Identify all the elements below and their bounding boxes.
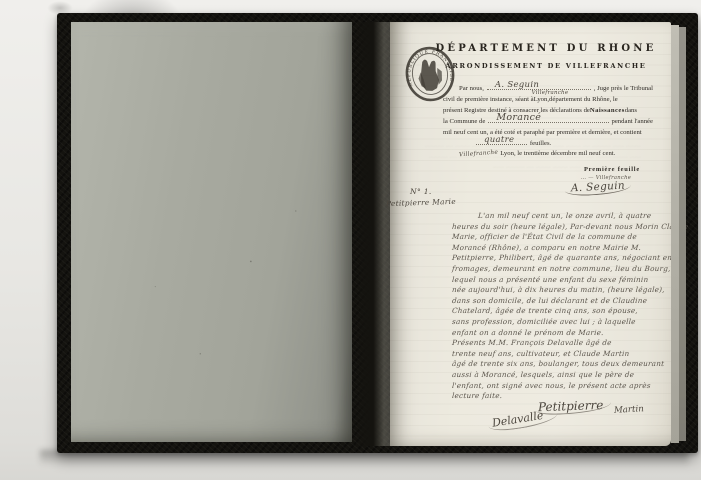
handwritten-place-correction: Villefranche bbox=[459, 148, 499, 162]
act-number-margin-note: N° 1. bbox=[410, 187, 432, 196]
preamble-line-5: mil neuf cent un, a été coté et paraphé … bbox=[443, 128, 653, 139]
act-line: trente neuf ans, cultivateur, et Claude … bbox=[452, 349, 673, 360]
print-text: mil neuf cent un, a été coté et paraphé … bbox=[443, 128, 642, 139]
preamble-line-2: civil de première instance, séant à Vill… bbox=[443, 95, 653, 106]
handwritten-villefranche-correction: Villefranche bbox=[532, 88, 569, 99]
judge-signature-text: A. Seguin bbox=[565, 179, 632, 196]
preamble-line-7: Villefranche Lyon, le trentième décembre… bbox=[443, 149, 653, 160]
register-book: ~~~~ ~~~ ~~~~~ ~~ ~~~~ ~~~ ~~~~~ ~~~~ ~~… bbox=[57, 13, 698, 453]
scanned-register-page: { "palette": { "background": "#e9e8e4", … bbox=[0, 0, 701, 480]
handwritten-sheet-count: quatre bbox=[484, 135, 514, 146]
act-line: née aujourd'hui, à dix heures du matin, … bbox=[452, 285, 673, 296]
preamble-line-3: présent Registre destiné à consacrer les… bbox=[443, 106, 653, 117]
print-text: la Commune de bbox=[443, 117, 485, 128]
print-text-naissances: Naissances bbox=[590, 106, 625, 117]
blank-fill: Morancé bbox=[488, 122, 608, 123]
handwritten-commune-name: Morancé bbox=[496, 113, 541, 124]
print-text: dans bbox=[625, 106, 637, 117]
act-line: Morancé (Rhône), a comparu en notre Mair… bbox=[452, 243, 673, 254]
preamble-line-6: quatre feuilles. bbox=[443, 139, 653, 150]
department-title: DÉPARTEMENT DU RHONE bbox=[420, 43, 672, 54]
book-gutter bbox=[352, 22, 391, 446]
arrondissement-subtitle: ARRONDISSEMENT DE VILLEFRANCHE bbox=[420, 62, 672, 70]
print-text: Lyon, le trentième décembre mil neuf cen… bbox=[500, 149, 615, 160]
print-text: Par nous, bbox=[459, 84, 484, 95]
act-line: sans profession, domiciliée avec lui ; à… bbox=[452, 317, 673, 328]
act-name-margin-note: Petitpierre Marie bbox=[386, 197, 456, 208]
act-line: Présents M.M. François Delavalle âgé de bbox=[452, 338, 673, 349]
act-line: Marie, officier de l'État Civil de la co… bbox=[452, 232, 673, 243]
act-line: âgé de trente six ans, boulanger, tous d… bbox=[452, 359, 673, 370]
preamble-line-4: la Commune de Morancé pendant l'année bbox=[443, 117, 653, 128]
print-text: pendant l'année bbox=[612, 117, 654, 128]
birth-act-text: L'an mil neuf cent un, le onze avril, à … bbox=[452, 211, 672, 402]
act-line: aussi à Morancé, lesquels, ainsi que le … bbox=[452, 370, 673, 381]
act-line: Petitpierre, Philibert, âgé de quarante … bbox=[452, 253, 673, 264]
print-text: civil de première instance, séant à bbox=[443, 95, 534, 106]
blank-fill: quatre bbox=[476, 144, 527, 145]
corrected-word: Villefranche Lyon, bbox=[534, 95, 549, 106]
left-blank-page bbox=[71, 22, 352, 442]
signature-martin: Martin bbox=[614, 404, 644, 416]
page-edge-deckle-outer bbox=[671, 25, 679, 443]
page-edge-deckle-inner bbox=[679, 27, 686, 441]
first-sheet-label: Première feuille bbox=[552, 166, 672, 173]
signature-delavalle: Delavalle bbox=[487, 407, 558, 434]
judge-signature: A. Seguin bbox=[548, 178, 649, 197]
register-preamble: Par nous, A. Seguin , Juge près le Tribu… bbox=[443, 84, 653, 160]
act-line: lequel nous a présenté une enfant du sex… bbox=[452, 275, 673, 286]
act-line: dans son domicile, de lui déclarant et d… bbox=[452, 296, 673, 307]
act-line: enfant on a donné le prénom de Marie. bbox=[452, 328, 673, 339]
act-line: L'an mil neuf cent un, le onze avril, à … bbox=[452, 211, 673, 222]
page-header: DÉPARTEMENT DU RHONE ARRONDISSEMENT DE V… bbox=[420, 43, 672, 70]
act-line: l'enfant, ont signé avec nous, le présen… bbox=[452, 381, 673, 392]
act-line: heures du soir (heure légale), Par-devan… bbox=[452, 222, 673, 233]
print-text: , Juge près le Tribunal bbox=[594, 84, 653, 95]
act-line: fromages, demeurant en notre commune, li… bbox=[452, 264, 673, 275]
print-text: feuilles. bbox=[530, 139, 551, 150]
act-line: Chatelard, âgée de trente cinq ans, son … bbox=[452, 306, 673, 317]
right-written-page: ~~~~ ~~~ ~~~~~ ~~ ~~~~ ~~~ ~~~~~ ~~~~ ~~… bbox=[390, 22, 671, 446]
